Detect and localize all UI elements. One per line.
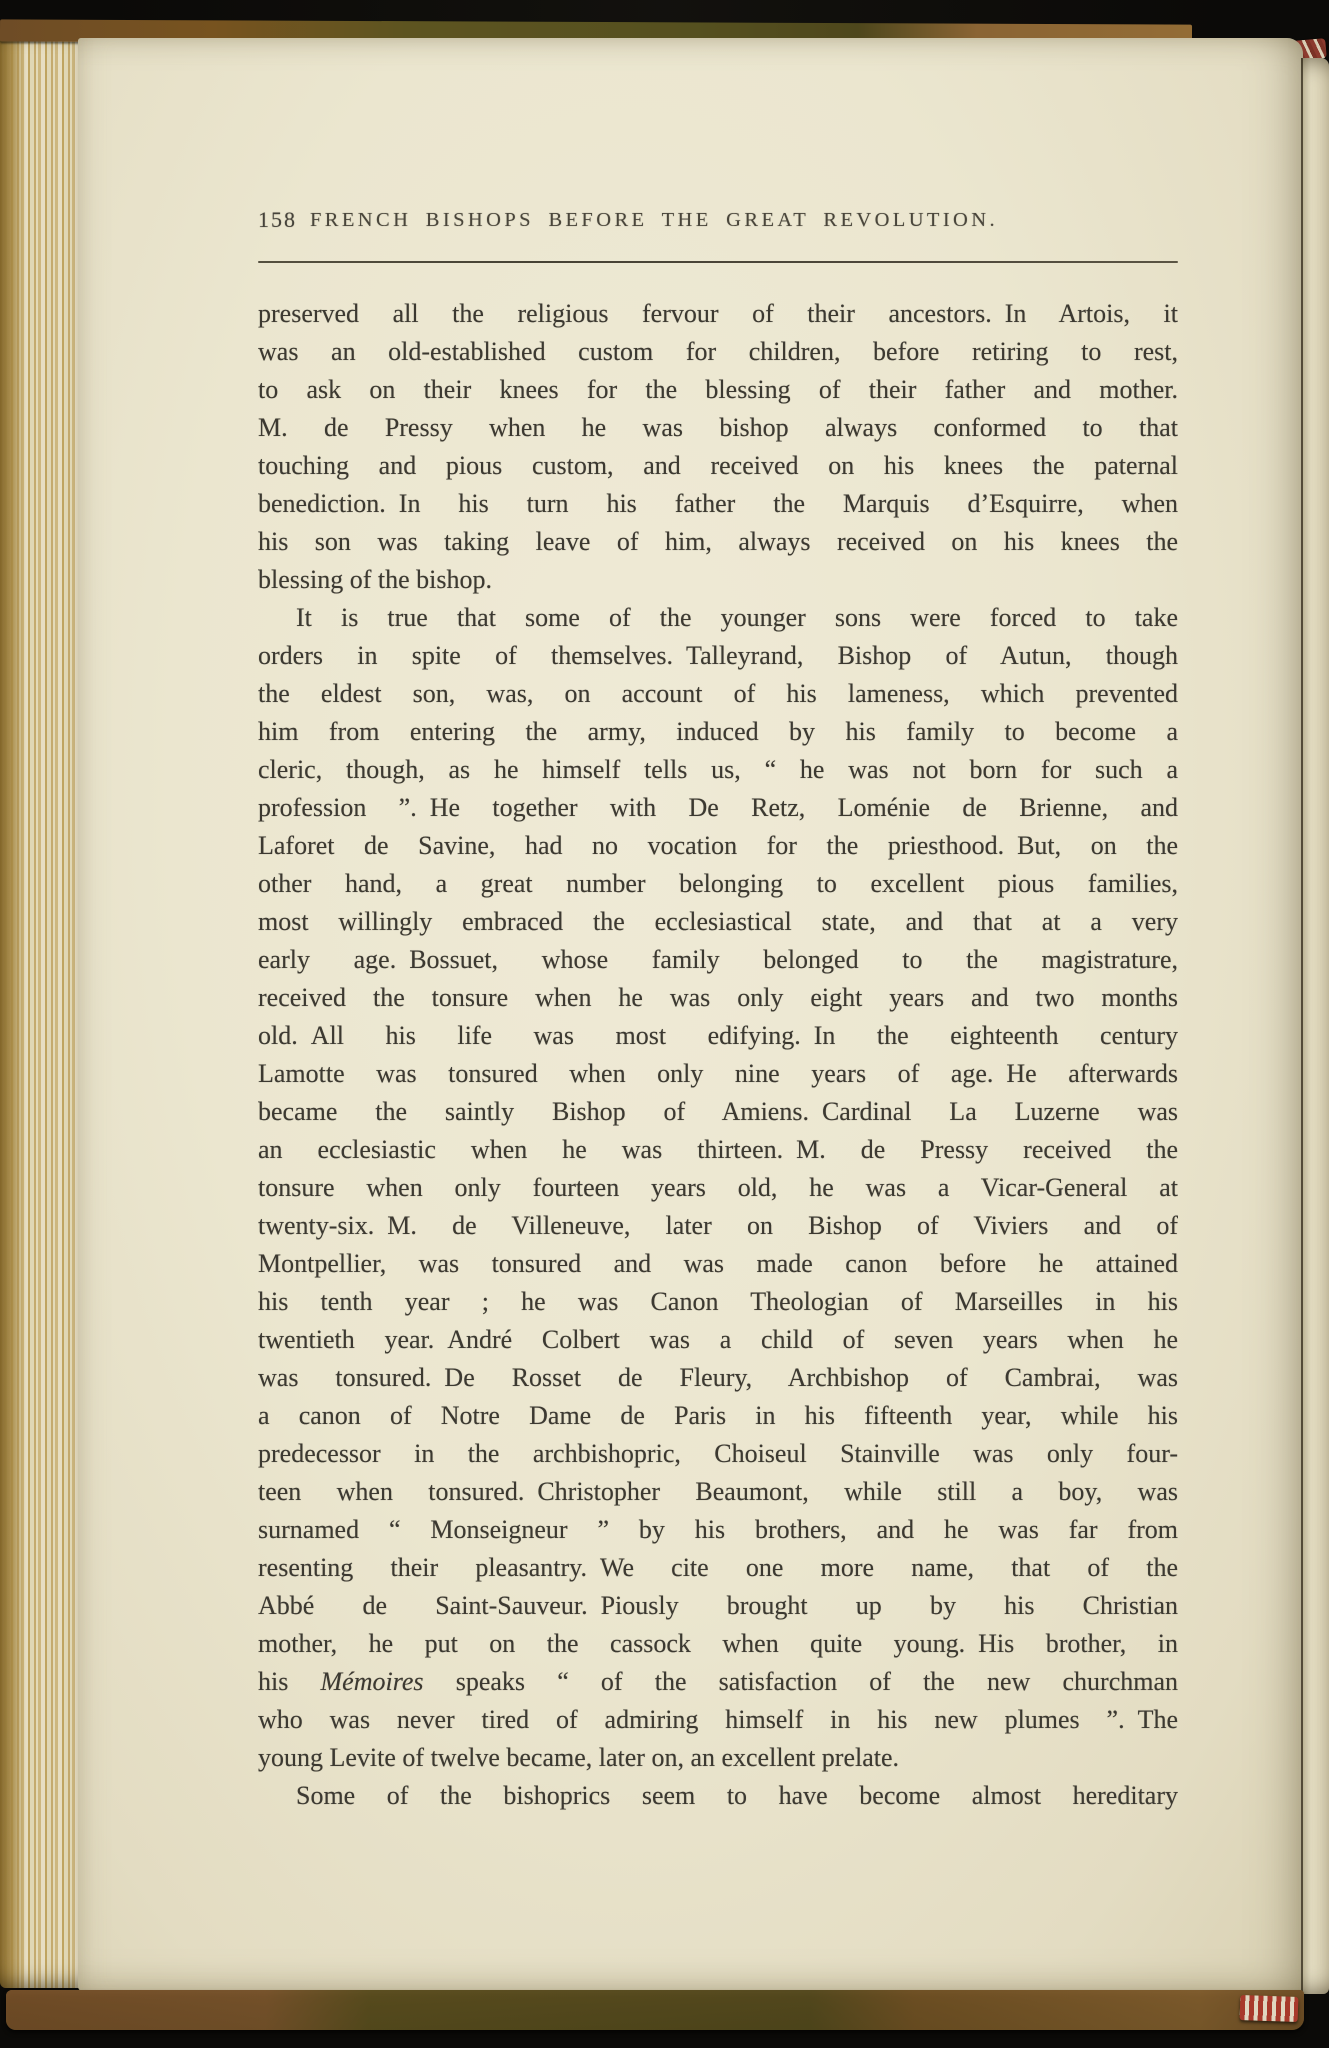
text-line: orders in spite of themselves. Talleyran… <box>258 637 1178 675</box>
text-line: preserved all the religious fervour of t… <box>258 295 1178 333</box>
text-line: a canon of Notre Dame de Paris in his fi… <box>258 1397 1178 1435</box>
scanned-book-photo: 158 FRENCH BISHOPS BEFORE THE GREAT REVO… <box>0 0 1329 2048</box>
text-line: teen when tonsured. Christopher Beaumont… <box>258 1473 1178 1511</box>
text-line: mother, he put on the cassock when quite… <box>258 1625 1178 1663</box>
book-page: 158 FRENCH BISHOPS BEFORE THE GREAT REVO… <box>78 38 1303 1992</box>
text-line: Lamotte was tonsured when only nine year… <box>258 1055 1178 1093</box>
text-line: who was never tired of admiring himself … <box>258 1701 1178 1739</box>
text-line: early age. Bossuet, whose family belonge… <box>258 941 1178 979</box>
text-line: an ecclesiastic when he was thirteen. M.… <box>258 1131 1178 1169</box>
text-line: tonsure when only fourteen years old, he… <box>258 1169 1178 1207</box>
text-line: Montpellier, was tonsured and was made c… <box>258 1245 1178 1283</box>
page-edges-left <box>0 30 80 1988</box>
text-line: became the saintly Bishop of Amiens. Car… <box>258 1093 1178 1131</box>
text-line: It is true that some of the younger sons… <box>258 599 1178 637</box>
text-line: benediction. In his turn his father the … <box>258 485 1178 523</box>
text-line: most willingly embraced the ecclesiastic… <box>258 903 1178 941</box>
text-line: other hand, a great number belonging to … <box>258 865 1178 903</box>
text-line: the eldest son, was, on account of his l… <box>258 675 1178 713</box>
text-line: Abbé de Saint-Sauveur. Piously brought u… <box>258 1587 1178 1625</box>
header-rule <box>258 261 1178 263</box>
text-line: twentieth year. André Colbert was a chil… <box>258 1321 1178 1359</box>
text-line: resenting their pleasantry. We cite one … <box>258 1549 1178 1587</box>
text-line: old. All his life was most edifying. In … <box>258 1017 1178 1055</box>
text-line: touching and pious custom, and received … <box>258 447 1178 485</box>
text-line: was an old-established custom for childr… <box>258 333 1178 371</box>
text-line: Some of the bishoprics seem to have beco… <box>258 1777 1178 1815</box>
book-cover-bottom-edge <box>6 1990 1304 2030</box>
body-text: preserved all the religious fervour of t… <box>258 295 1178 1815</box>
text-line: him from entering the army, induced by h… <box>258 713 1178 751</box>
text-line: received the tonsure when he was only ei… <box>258 979 1178 1017</box>
text-line: Laforet de Savine, had no vocation for t… <box>258 827 1178 865</box>
headband-bottom <box>1240 1995 1299 2022</box>
text-line: young Levite of twelve became, later on,… <box>258 1739 1178 1777</box>
text-line: to ask on their knees for the blessing o… <box>258 371 1178 409</box>
printed-text-block: 158 FRENCH BISHOPS BEFORE THE GREAT REVO… <box>258 205 1178 1815</box>
running-head: 158 FRENCH BISHOPS BEFORE THE GREAT REVO… <box>258 205 1178 239</box>
text-line: was tonsured. De Rosset de Fleury, Archb… <box>258 1359 1178 1397</box>
text-line: blessing of the bishop. <box>258 561 1178 599</box>
text-line: profession ”. He together with De Retz, … <box>258 789 1178 827</box>
running-title: FRENCH BISHOPS BEFORE THE GREAT REVOLUTI… <box>310 209 998 232</box>
page-number: 158 <box>258 207 297 233</box>
text-line: cleric, though, as he himself tells us, … <box>258 751 1178 789</box>
text-line: twenty-six. M. de Villeneuve, later on B… <box>258 1207 1178 1245</box>
text-line: predecessor in the archbishopric, Choise… <box>258 1435 1178 1473</box>
text-line: M. de Pressy when he was bishop always c… <box>258 409 1178 447</box>
next-page-edge <box>1301 58 1329 1994</box>
text-line: his son was taking leave of him, always … <box>258 523 1178 561</box>
text-line: his Mémoires speaks “ of the satisfactio… <box>258 1663 1178 1701</box>
text-line: surnamed “ Monseigneur ” by his brothers… <box>258 1511 1178 1549</box>
text-line: his tenth year ; he was Canon Theologian… <box>258 1283 1178 1321</box>
